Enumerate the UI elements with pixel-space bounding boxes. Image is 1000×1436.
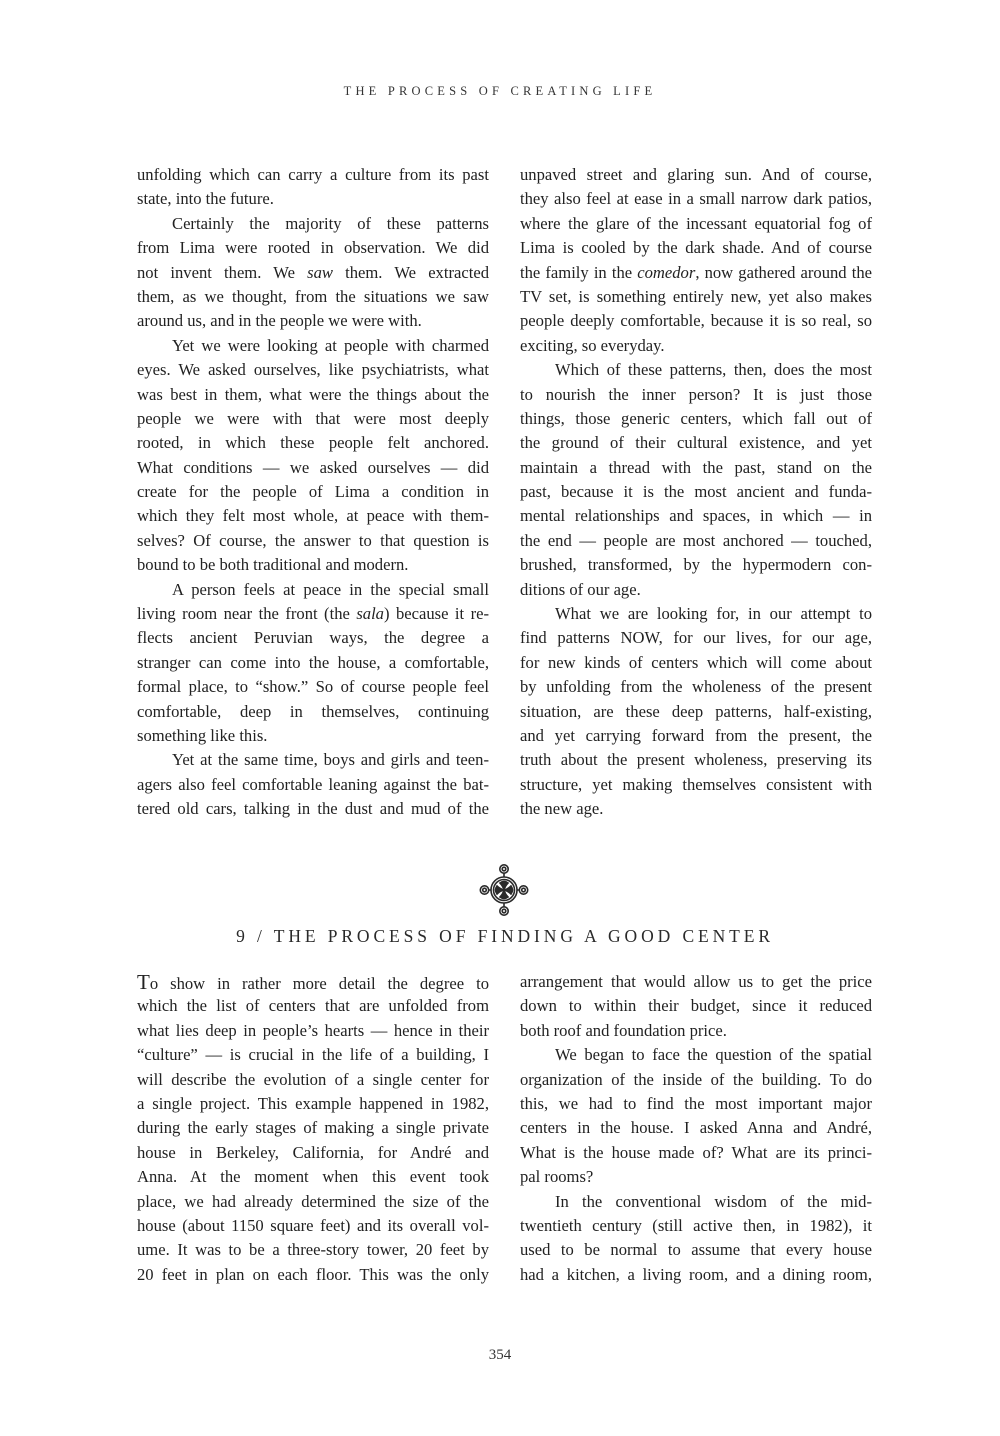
text-line: around us, and in the people we were wit… (137, 309, 489, 333)
text-line: which the list of centers that are unfol… (137, 994, 489, 1018)
text-line: something like this. (137, 724, 489, 748)
text-line: We began to face the question of the spa… (520, 1043, 872, 1067)
text-line: stranger can come into the house, a comf… (137, 651, 489, 675)
text-line: to nourish the inner person? It is just … (520, 383, 872, 407)
text-line: eyes. We asked ourselves, like psychiatr… (137, 358, 489, 382)
text-line: truth about the present wholeness, prese… (520, 748, 872, 772)
text-line: what lies deep in people’s hearts — henc… (137, 1019, 489, 1043)
text-line: ume. It was to be a three-story tower, 2… (137, 1238, 489, 1262)
text-line: house (about 1150 square feet) and its o… (137, 1214, 489, 1238)
text-line: for new kinds of centers which will come… (520, 651, 872, 675)
text-line: Yet we were looking at people with charm… (137, 334, 489, 358)
text-line: brushed, transformed, by the hypermodern… (520, 553, 872, 577)
text-line: people deeply comfortable, because it is… (520, 309, 872, 333)
text-line: which they felt most whole, at peace wit… (137, 504, 489, 528)
text-line: structure, yet making themselves consist… (520, 773, 872, 797)
text-line: living room near the front (the sala) be… (137, 602, 489, 626)
text-line: mental relationships and spaces, in whic… (520, 504, 872, 528)
text-line: state, into the future. (137, 187, 489, 211)
text-line: create for the people of Lima a conditio… (137, 480, 489, 504)
drop-cap: T (137, 970, 150, 994)
text-line: find patterns NOW, for our lives, for ou… (520, 626, 872, 650)
text-line: by unfolding from the wholeness of the p… (520, 675, 872, 699)
text-line: A person feels at peace in the special s… (137, 578, 489, 602)
text-line: flects ancient Peruvian ways, the degree… (137, 626, 489, 650)
italic-term: sala (356, 604, 384, 623)
bottom-right-column: arrangement that would allow us to get t… (520, 970, 872, 1287)
text-line: down to within their budget, since it re… (520, 994, 872, 1018)
top-right-column: unpaved street and glaring sun. And of c… (520, 163, 872, 822)
text-line: used to be normal to assume that every h… (520, 1238, 872, 1262)
text-line: Yet at the same time, boys and girls and… (137, 748, 489, 772)
bottom-left-column: To show in rather more detail the degree… (137, 970, 489, 1287)
text-line: In the conventional wisdom of the mid- (520, 1190, 872, 1214)
italic-term: saw (307, 263, 333, 282)
text-line: organization of the inside of the buildi… (520, 1068, 872, 1092)
text-line: from Lima were rooted in observation. We… (137, 236, 489, 260)
text-line: unfolding which can carry a culture from… (137, 163, 489, 187)
text-line: arrangement that would allow us to get t… (520, 970, 872, 994)
text-line: selves? Of course, the answer to that qu… (137, 529, 489, 553)
text-line: both roof and foundation price. (520, 1019, 872, 1043)
top-left-column: unfolding which can carry a culture from… (137, 163, 489, 822)
text-line: had a kitchen, a living room, and a dini… (520, 1263, 872, 1287)
text-line: the ground of their cultural existence, … (520, 431, 872, 455)
text-line: 20 feet in plan on each floor. This was … (137, 1263, 489, 1287)
text-line: and yet carrying forward from the presen… (520, 724, 872, 748)
text-line: Lima is cooled by the dark shade. And of… (520, 236, 872, 260)
text-line: formal place, to “show.” So of course pe… (137, 675, 489, 699)
text-line: a single project. This example happened … (137, 1092, 489, 1116)
text-line: the end — people are most anchored — tou… (520, 529, 872, 553)
text-line: Which of these patterns, then, does the … (520, 358, 872, 382)
text-line: exciting, so everyday. (520, 334, 872, 358)
text-line: where the glare of the incessant equator… (520, 212, 872, 236)
text-line: What we are looking for, in our attempt … (520, 602, 872, 626)
text-line: house in Berkeley, California, for André… (137, 1141, 489, 1165)
text-line: the new age. (520, 797, 872, 821)
text-line: they also feel at ease in a small narrow… (520, 187, 872, 211)
text-line: was best in them, what were the things a… (137, 383, 489, 407)
text-line: agers also feel comfortable leaning agai… (137, 773, 489, 797)
text-line: Anna. At the moment when this event took (137, 1165, 489, 1189)
text-line: comfortable, deep in themselves, continu… (137, 700, 489, 724)
text-line: maintain a thread with the past, stand o… (520, 456, 872, 480)
text-line: people we were with that were most deepl… (137, 407, 489, 431)
text-line: place, we had already determined the siz… (137, 1190, 489, 1214)
celtic-knot-ornament-icon (479, 862, 529, 918)
text-line: What conditions — we asked ourselves — d… (137, 456, 489, 480)
chapter-title: 9 / THE PROCESS OF FINDING A GOOD CENTER (0, 926, 1000, 947)
text-line: bound to be both traditional and modern. (137, 553, 489, 577)
page-number: 354 (0, 1347, 1000, 1364)
italic-term: comedor (637, 263, 695, 282)
text-line: twentieth century (still active then, in… (520, 1214, 872, 1238)
text-line: the family in the comedor, now gathered … (520, 261, 872, 285)
running-head: THE PROCESS OF CREATING LIFE (0, 84, 1000, 99)
text-line: ditions of our age. (520, 578, 872, 602)
text-line: TV set, is something entirely new, yet a… (520, 285, 872, 309)
text-line: Certainly the majority of these patterns (137, 212, 489, 236)
text-line: past, because it is the most ancient and… (520, 480, 872, 504)
text-line: What is the house made of? What are its … (520, 1141, 872, 1165)
text-line: “culture” — is crucial in the life of a … (137, 1043, 489, 1067)
text-line: things, those generic centers, which fal… (520, 407, 872, 431)
text-line: will describe the evolution of a single … (137, 1068, 489, 1092)
text-line: pal rooms? (520, 1165, 872, 1189)
text-line: rooted, in which these people felt ancho… (137, 431, 489, 455)
text-line: situation, are these deep patterns, half… (520, 700, 872, 724)
text-line: unpaved street and glaring sun. And of c… (520, 163, 872, 187)
text-line: tered old cars, talking in the dust and … (137, 797, 489, 821)
text-line: this, we had to find the most important … (520, 1092, 872, 1116)
text-line: To show in rather more detail the degree… (137, 970, 489, 994)
text-line: centers in the house. I asked Anna and A… (520, 1116, 872, 1140)
text-line: during the early stages of making a sing… (137, 1116, 489, 1140)
text-line: not invent them. We saw them. We extract… (137, 261, 489, 285)
text-line: them, as we thought, from the situations… (137, 285, 489, 309)
